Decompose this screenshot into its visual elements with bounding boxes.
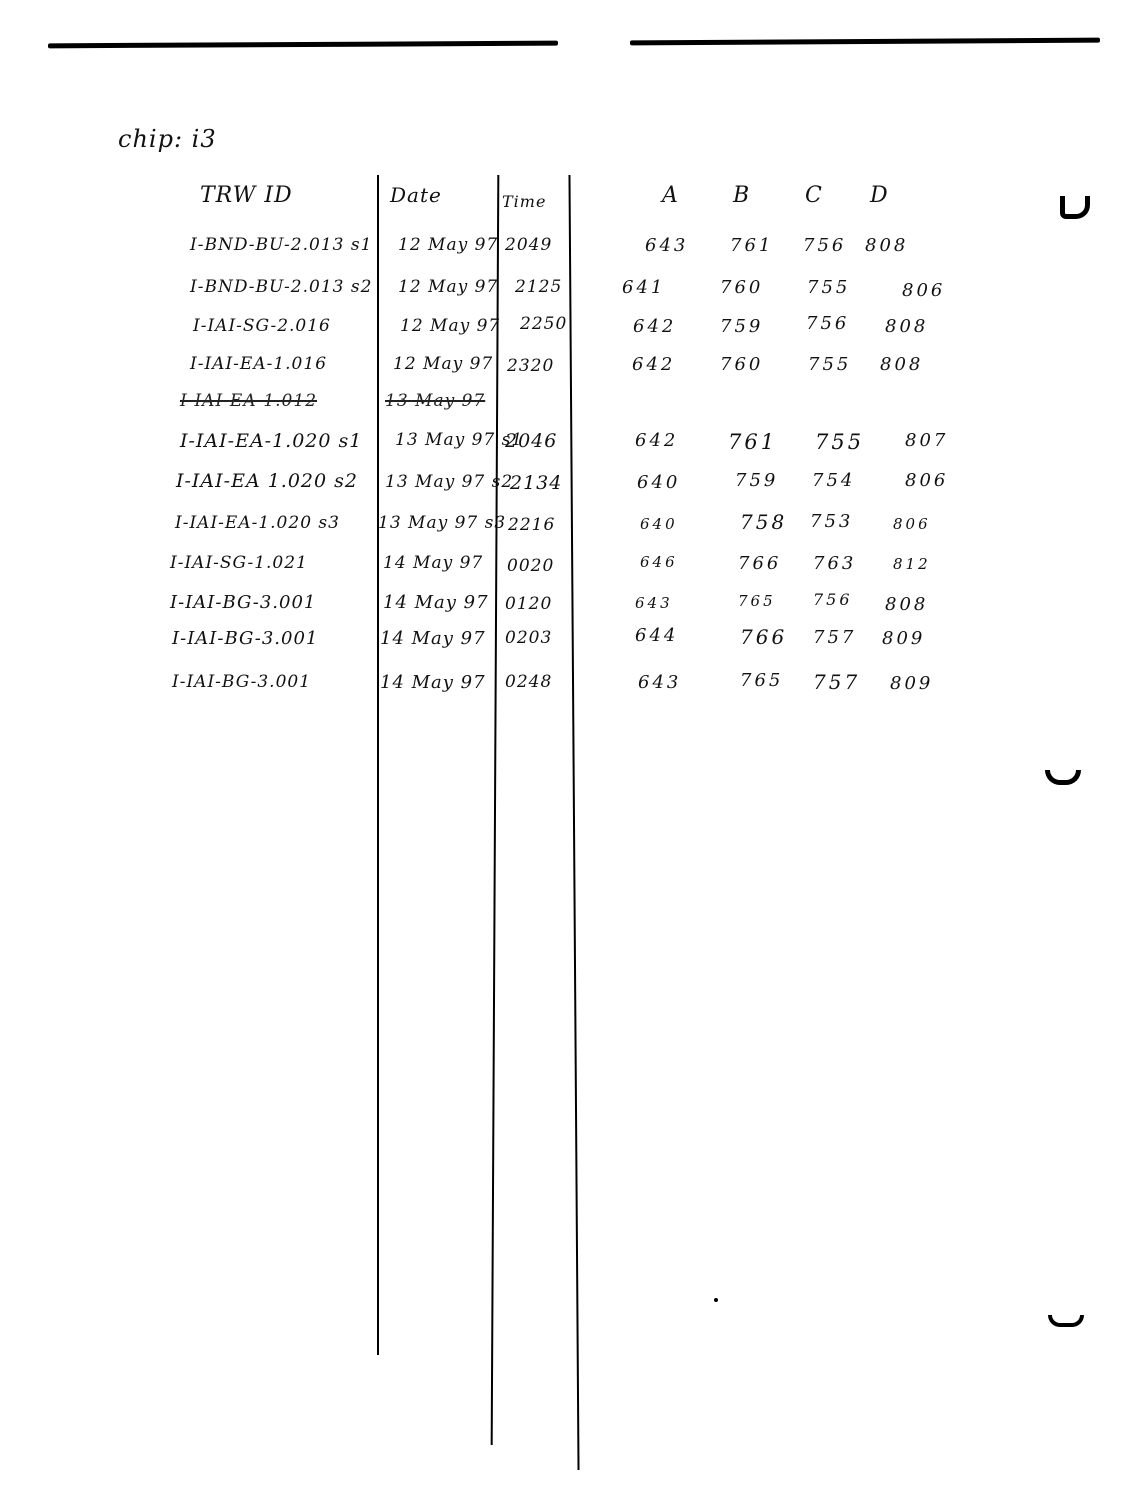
cell-id: I-IAI-BG-3.001 xyxy=(170,592,316,613)
cell-date: 14 May 97 xyxy=(380,672,486,693)
cell-c: 757 xyxy=(813,627,856,648)
cell-c: 753 xyxy=(810,511,853,532)
divider-time-values xyxy=(568,175,579,1470)
cell-time: 2046 xyxy=(505,430,557,452)
cell-a: 646 xyxy=(640,553,678,571)
cell-time: 0248 xyxy=(505,672,552,692)
cell-date: 12 May 97 xyxy=(393,354,493,374)
cell-b: 766 xyxy=(740,625,787,649)
cell-id: I-IAI-EA-1.020 s1 xyxy=(180,430,362,452)
cell-a: 643 xyxy=(645,235,688,256)
header-b: B xyxy=(733,183,750,208)
cell-a: 642 xyxy=(633,316,676,337)
cell-c: 754 xyxy=(812,470,855,491)
cell-a: 644 xyxy=(635,625,678,646)
cell-date: 14 May 97 xyxy=(383,592,489,613)
divider-id-date xyxy=(377,175,379,1355)
cell-id: I-BND-BU-2.013 s2 xyxy=(190,277,372,297)
punch-mark-bottom xyxy=(1048,1315,1084,1327)
cell-date: 13 May 97 s1 xyxy=(395,430,523,450)
cell-a: 640 xyxy=(640,515,678,533)
cell-b: 760 xyxy=(720,277,763,298)
cell-d: 807 xyxy=(905,430,948,451)
cell-b: 761 xyxy=(728,430,777,454)
cell-id: I-IAI-EA 1.020 s2 xyxy=(176,470,358,492)
punch-mark-top xyxy=(1060,196,1090,219)
cell-a: 642 xyxy=(635,430,678,451)
cell-date: 12 May 97 xyxy=(398,277,498,297)
cell-time: 2125 xyxy=(515,277,562,297)
cell-c: 756 xyxy=(803,235,846,256)
cell-d: 812 xyxy=(893,555,931,573)
page-title: chip: i3 xyxy=(118,125,217,153)
cell-date: 12 May 97 xyxy=(400,316,500,336)
cell-b: 759 xyxy=(720,316,763,337)
header-a: A xyxy=(662,183,679,208)
cell-d: 806 xyxy=(902,280,945,301)
top-rule-left xyxy=(48,41,558,49)
cell-d: 808 xyxy=(885,316,928,337)
cell-a: 641 xyxy=(622,277,665,298)
cell-b: 765 xyxy=(738,592,776,610)
cell-date: 14 May 97 xyxy=(383,553,483,573)
cell-id: I-IAI-EA-1.020 s3 xyxy=(175,513,340,533)
cell-c: 755 xyxy=(808,354,851,375)
cell-id: I-BND-BU-2.013 s1 xyxy=(190,235,372,255)
cell-date: 14 May 97 xyxy=(380,628,486,649)
cell-id-crossed-out: I-IAI-EA-1.012 xyxy=(180,391,317,411)
cell-b: 760 xyxy=(720,354,763,375)
cell-d: 809 xyxy=(890,673,933,694)
cell-time: 0120 xyxy=(505,594,552,614)
cell-time: 2320 xyxy=(507,356,554,376)
cell-a: 642 xyxy=(632,354,675,375)
cell-c: 763 xyxy=(813,553,856,574)
cell-id: I-IAI-SG-2.016 xyxy=(193,316,331,336)
cell-c: 757 xyxy=(813,670,860,694)
cell-id: I-IAI-BG-3.001 xyxy=(172,672,311,692)
scan-speck xyxy=(714,1298,718,1302)
cell-time: 2049 xyxy=(505,235,552,255)
cell-a: 643 xyxy=(638,672,681,693)
cell-d: 808 xyxy=(880,354,923,375)
cell-c: 755 xyxy=(807,277,850,298)
header-c: C xyxy=(805,183,823,208)
cell-b: 759 xyxy=(735,470,778,491)
cell-c: 756 xyxy=(813,590,853,609)
cell-date-crossed-out: 13 May 97 xyxy=(385,391,485,411)
cell-d: 806 xyxy=(893,515,931,533)
cell-time: 2250 xyxy=(520,314,567,334)
cell-d: 806 xyxy=(905,470,948,491)
cell-d: 808 xyxy=(885,594,928,615)
cell-date: 13 May 97 s2 xyxy=(385,472,513,492)
cell-b: 765 xyxy=(740,670,783,691)
cell-b: 766 xyxy=(738,553,781,574)
cell-d: 808 xyxy=(865,235,908,256)
header-date: Date xyxy=(390,183,442,207)
punch-mark-middle xyxy=(1045,770,1081,785)
cell-time: 2134 xyxy=(510,472,562,494)
cell-date: 13 May 97 s3 xyxy=(378,513,506,533)
cell-time: 0203 xyxy=(505,628,552,648)
cell-c: 756 xyxy=(806,313,849,334)
cell-date: 12 May 97 xyxy=(398,235,498,255)
cell-a: 640 xyxy=(637,472,680,493)
cell-c: 755 xyxy=(815,430,864,454)
cell-b: 758 xyxy=(740,510,787,534)
cell-a: 643 xyxy=(635,594,673,612)
header-trwid: TRW ID xyxy=(200,183,293,208)
cell-id: I-IAI-BG-3.001 xyxy=(172,628,318,649)
cell-d: 809 xyxy=(882,628,925,649)
cell-time: 0020 xyxy=(507,556,554,576)
cell-id: I-IAI-EA-1.016 xyxy=(190,354,327,374)
top-rule-right xyxy=(630,38,1100,46)
header-time: Time xyxy=(502,192,546,211)
cell-time: 2216 xyxy=(508,515,555,535)
header-d: D xyxy=(870,183,889,208)
cell-id: I-IAI-SG-1.021 xyxy=(170,553,308,573)
cell-b: 761 xyxy=(730,235,773,256)
